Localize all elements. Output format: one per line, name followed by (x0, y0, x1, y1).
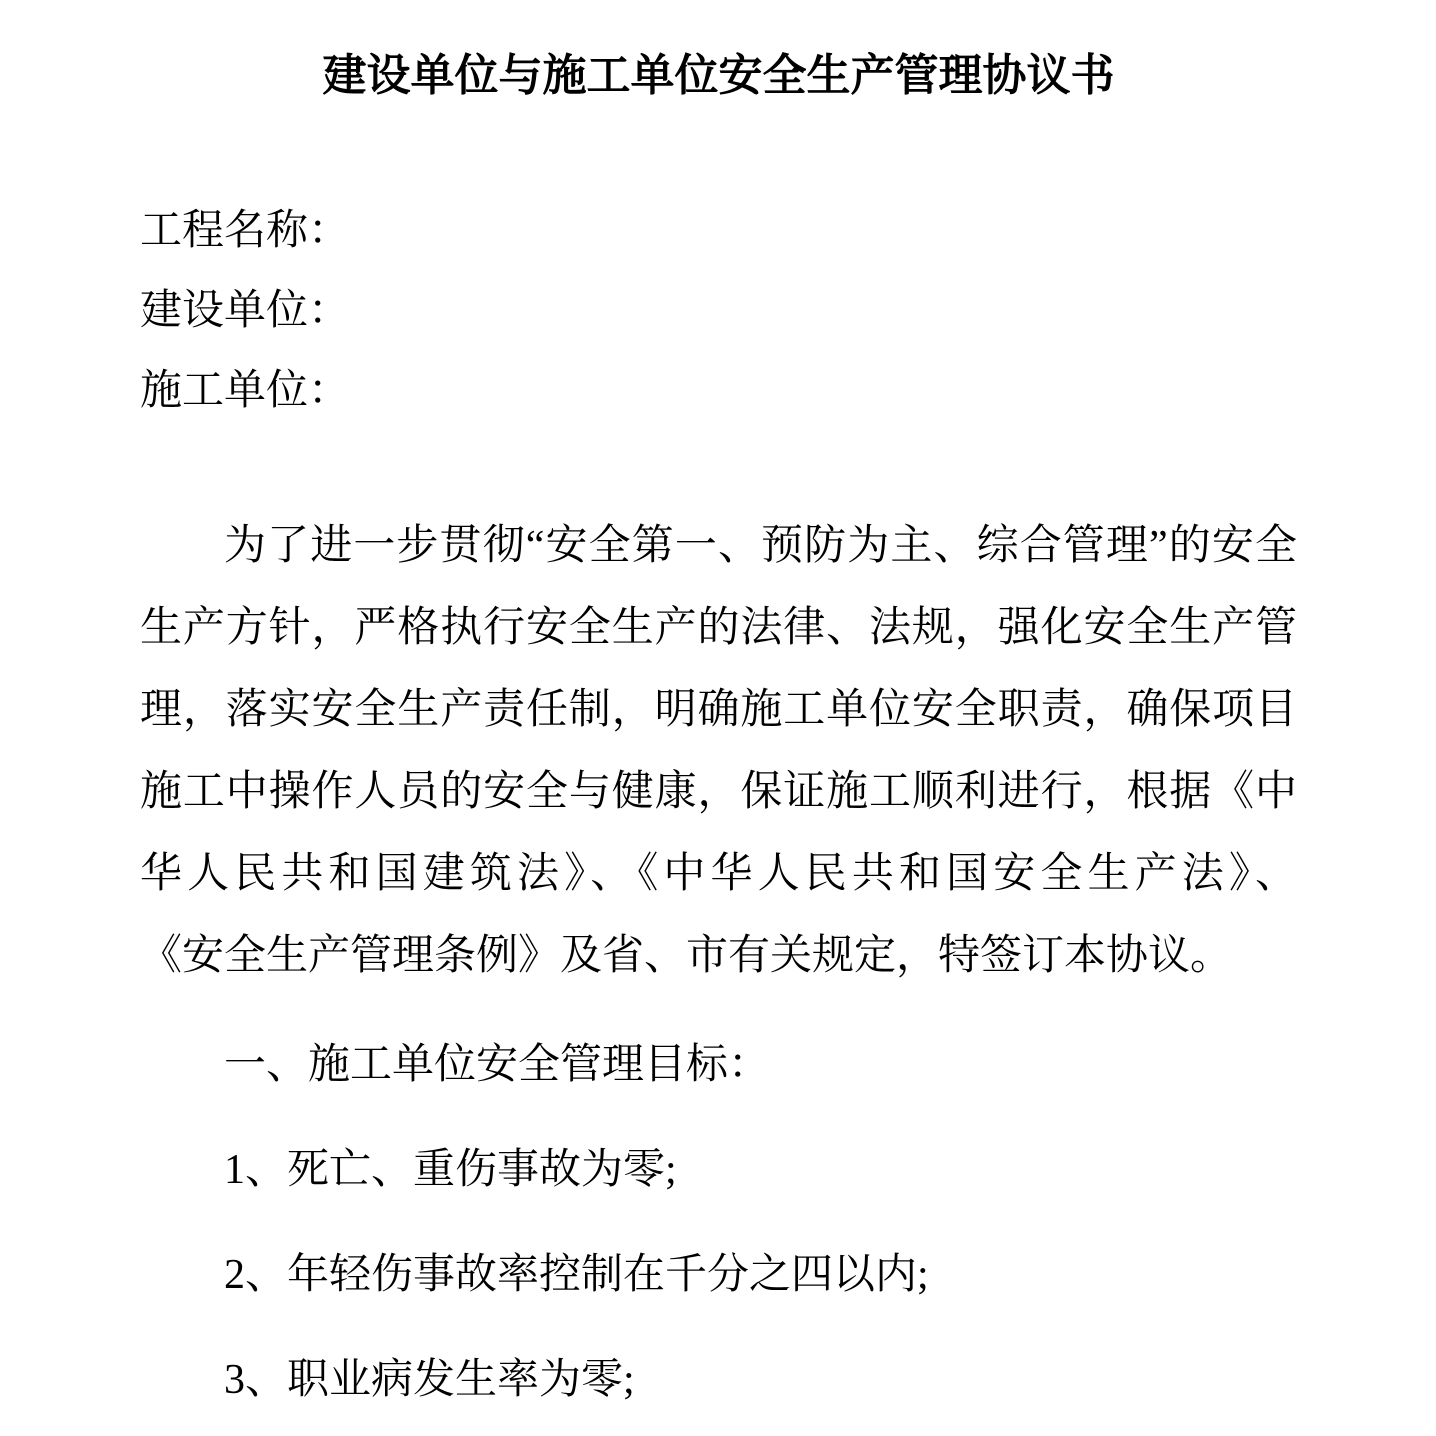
goal-item-3: 3、职业病发生率为零; (140, 1339, 1297, 1421)
goal-item-1: 1、死亡、重伤事故为零; (140, 1129, 1297, 1211)
preamble-line: 施工中操作人员的安全与健康，保证施工顺利进行，根据《中 (140, 751, 1297, 833)
preamble-line: 理，落实安全生产责任制，明确施工单位安全职责，确保项目 (140, 669, 1297, 751)
preamble-line: 华人民共和国建筑法》、《中华人民共和国安全生产法》、 (140, 833, 1297, 915)
field-project-name: 工程名称： (140, 191, 1297, 271)
preamble-paragraph: 为了进一步贯彻“安全第一、预防为主、综合管理”的安全 生产方针，严格执行安全生产… (140, 505, 1297, 997)
section-heading-safety-goals: 一、施工单位安全管理目标： (140, 1024, 1297, 1106)
document-title: 建设单位与施工单位安全生产管理协议书 (140, 46, 1297, 106)
document-page: 建设单位与施工单位安全生产管理协议书 工程名称： 建设单位： 施工单位： 为了进… (0, 0, 1436, 1436)
preamble-line: 《安全生产管理条例》及省、市有关规定，特签订本协议。 (140, 915, 1297, 997)
preamble-line: 生产方针，严格执行安全生产的法律、法规，强化安全生产管 (140, 587, 1297, 669)
preamble-line: 为了进一步贯彻“安全第一、预防为主、综合管理”的安全 (140, 505, 1297, 587)
field-labels-block: 工程名称： 建设单位： 施工单位： (140, 191, 1297, 431)
field-construction-owner: 建设单位： (140, 271, 1297, 351)
field-contractor: 施工单位： (140, 351, 1297, 431)
goal-item-2: 2、年轻伤事故率控制在千分之四以内; (140, 1234, 1297, 1316)
